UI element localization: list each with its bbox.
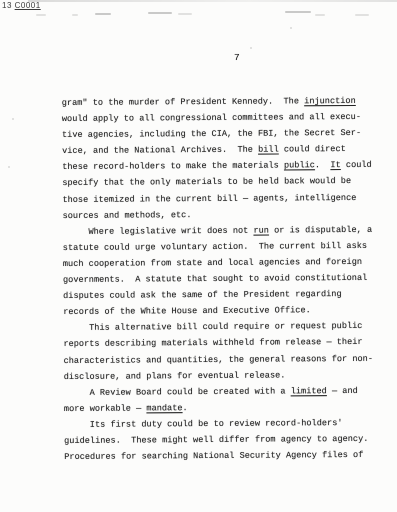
document-body-text: gram" to the murder of President Kennedy… [62, 93, 373, 465]
text-segment: governments. A statute that sought to av… [63, 273, 367, 285]
text-segment: records of the White House and Executive… [63, 305, 311, 317]
scanned-document-page: 13 C0001 7 gram" to the murder of Presid… [0, 0, 397, 512]
page-number: 7 [234, 52, 240, 63]
text-line: disputes could ask the same of the Presi… [63, 286, 371, 304]
scan-edge-artifact [28, 0, 397, 2]
scan-artifact [178, 13, 192, 15]
scan-artifact [72, 14, 78, 16]
text-segment: Where legislative writ does not [63, 225, 254, 236]
text-segment: tive agencies, including the CIA, the FB… [62, 128, 361, 140]
text-segment: gram" to the murder of President Kennedy… [62, 96, 304, 108]
text-line: Where legislative writ does not run or i… [63, 222, 371, 240]
underlined-text: public [284, 161, 315, 171]
text-segment: characteristics and quantities, the gene… [64, 353, 373, 365]
document-stamp: 13 C0001 [2, 1, 41, 10]
text-segment: specify that the only materials to be he… [62, 176, 351, 188]
text-line: characteristics and quantities, the gene… [64, 350, 372, 368]
text-segment: . [182, 403, 187, 413]
underlined-text: limited [291, 386, 327, 396]
text-segment: could [341, 160, 372, 170]
text-line: specify that the only materials to be he… [62, 173, 370, 191]
text-segment: could direct [279, 144, 346, 154]
text-segment: Procedures for searching National Securi… [64, 450, 363, 462]
scan-artifact [285, 11, 311, 13]
scan-speck [290, 27, 292, 29]
text-segment: A Review Board could be created with a [64, 386, 291, 398]
text-segment: guidelines. These might well differ from… [64, 434, 368, 446]
text-segment: reports describing materials withheld fr… [63, 337, 362, 349]
text-segment: much cooperation from state and local ag… [63, 257, 362, 269]
text-line: those itemized in the current bill — age… [62, 189, 370, 207]
underlined-text: run [253, 225, 269, 235]
text-segment: would apply to all congressional committ… [62, 112, 361, 124]
text-segment: . [315, 161, 331, 171]
underlined-text: injunction [304, 96, 356, 106]
text-segment: — and [327, 386, 358, 396]
text-segment: or is disputable, a [269, 225, 372, 236]
scan-artifact [355, 14, 369, 16]
scan-artifact [95, 13, 111, 15]
text-segment: these record-holders to make the materia… [62, 161, 284, 173]
underlined-text: bill [258, 145, 279, 155]
underlined-text: mandate [146, 403, 182, 413]
scan-speck [12, 118, 14, 120]
text-segment: more workable — [64, 403, 147, 414]
text-segment: disputes could ask the same of the Presi… [63, 289, 342, 301]
scan-artifact [36, 14, 46, 16]
text-segment: statute could urge voluntary action. The… [63, 241, 367, 253]
text-segment: This alternative bill could require or r… [63, 321, 362, 333]
text-line: reports describing materials withheld fr… [63, 334, 371, 352]
text-line: Procedures for searching National Securi… [64, 447, 372, 465]
text-segment: Its first duty could be to review record… [64, 418, 343, 430]
text-segment: vice, and the National Archives. The [62, 145, 258, 156]
scan-artifact [148, 12, 172, 14]
stamp-prefix: 13 [2, 1, 15, 10]
text-segment: those itemized in the current bill — age… [62, 193, 356, 205]
text-segment: sources and methods, etc. [63, 210, 192, 221]
text-segment: disclosure, and plans for eventual relea… [64, 370, 286, 382]
scan-speck [250, 47, 252, 49]
scan-artifact [315, 14, 325, 16]
underlined-text: It [330, 160, 340, 170]
text-line: A Review Board could be created with a l… [64, 383, 372, 401]
scan-speck [8, 166, 10, 168]
stamp-number: C0001 [15, 1, 41, 10]
